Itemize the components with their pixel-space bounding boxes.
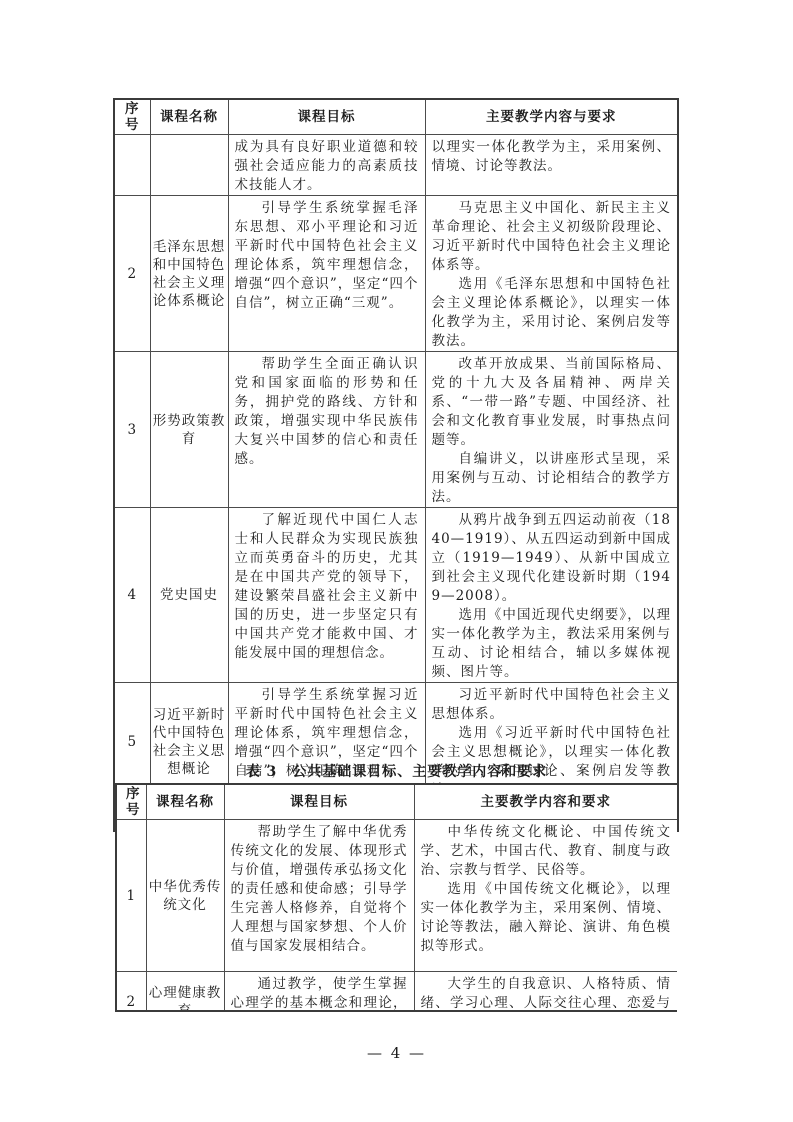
serial-number-cell: 2 <box>114 196 150 352</box>
column-header: 课程名称 <box>146 784 224 820</box>
table-row: 成为具有良好职业道德和较强社会适应能力的高素质技术技能人才。以理实一体化教学为主… <box>114 135 678 196</box>
paragraph: 改革开放成果、当前国际格局、党的十九大及各届精神、两岸关系、“一带一路”专题、中… <box>432 355 672 450</box>
course-objective-cell: 引导学生系统掌握毛泽东思想、邓小平理论和习近平新时代中国特色社会主义理论体系，筑… <box>228 196 425 352</box>
table-body: 1中华优秀传统文化帮助学生了解中华优秀传统文化的发展、体现形式与价值，增强传承弘… <box>116 820 677 1013</box>
table-row: 2毛泽东思想和中国特色社会主义理论体系概论引导学生系统掌握毛泽东思想、邓小平理论… <box>114 196 678 352</box>
paragraph: 从鸦片战争到五四运动前夜（1840—1919）、从五四运动到新中国成立（1919… <box>432 511 672 606</box>
paragraph: 引导学生系统掌握毛泽东思想、邓小平理论和习近平新时代中国特色社会主义理论体系，筑… <box>235 199 419 313</box>
table-header: 序号课程名称课程目标主要教学内容与要求 <box>114 99 678 135</box>
teaching-content-cell: 马克思主义中国化、新民主主义革命理论、社会主义初级阶段理论、习近平新时代中国特色… <box>425 196 678 352</box>
table-row: 2心理健康教育通过教学，使学生掌握心理学的基本概念和理论，明晰大学生的自我意识、… <box>116 972 677 1013</box>
table-row: 3形势政策教育帮助学生全面正确认识党和国家面临的形势和任务，拥护党的路线、方针和… <box>114 352 678 508</box>
teaching-content-cell: 从鸦片战争到五四运动前夜（1840—1919）、从五四运动到新中国成立（1919… <box>425 508 678 683</box>
public-basic-course-table: 序号课程名称课程目标主要教学内容和要求 1中华优秀传统文化帮助学生了解中华优秀传… <box>115 783 677 1012</box>
course-name-cell: 中华优秀传统文化 <box>146 820 224 972</box>
paragraph: 选用《中国传统文化概论》，以理实一体化教学为主，采用案例、情境、讨论等教法，融入… <box>421 880 672 956</box>
serial-number-cell <box>114 135 150 196</box>
header-row: 序号课程名称课程目标主要教学内容与要求 <box>114 99 678 135</box>
column-header: 主要教学内容和要求 <box>414 784 677 820</box>
course-objective-cell: 成为具有良好职业道德和较强社会适应能力的高素质技术技能人才。 <box>228 135 425 196</box>
serial-number-cell: 4 <box>114 508 150 683</box>
table-row: 4党史国史了解近现代中国仁人志士和人民群众为实现民族独立而英勇奋斗的历史，尤其是… <box>114 508 678 683</box>
table-body: 成为具有良好职业道德和较强社会适应能力的高素质技术技能人才。以理实一体化教学为主… <box>114 135 678 831</box>
column-header: 序号 <box>116 784 146 820</box>
paragraph: 马克思主义中国化、新民主主义革命理论、社会主义初级阶段理论、习近平新时代中国特色… <box>432 199 672 275</box>
course-name-cell: 毛泽东思想和中国特色社会主义理论体系概论 <box>150 196 228 352</box>
header-row: 序号课程名称课程目标主要教学内容和要求 <box>116 784 677 820</box>
course-name-cell <box>150 135 228 196</box>
course-name-cell: 心理健康教育 <box>146 972 224 1013</box>
table3-clipped-region: 序号课程名称课程目标主要教学内容和要求 1中华优秀传统文化帮助学生了解中华优秀传… <box>115 783 677 1012</box>
paragraph: 自编讲义，以讲座形式呈现，采用案例与互动、讨论相结合的教学方法。 <box>432 450 672 507</box>
course-objective-cell: 帮助学生全面正确认识党和国家面临的形势和任务，拥护党的路线、方针和政策，增强实现… <box>228 352 425 508</box>
course-table-continued: 序号课程名称课程目标主要教学内容与要求 成为具有良好职业道德和较强社会适应能力的… <box>113 98 679 832</box>
paragraph: 成为具有良好职业道德和较强社会适应能力的高素质技术技能人才。 <box>235 138 419 195</box>
course-name-cell: 形势政策教育 <box>150 352 228 508</box>
column-header: 课程目标 <box>228 99 425 135</box>
teaching-content-cell: 中华传统文化概论、中国传统文学、艺术，中国古代、教育、制度与政治、宗教与哲学、民… <box>414 820 677 972</box>
paragraph: 帮助学生了解中华优秀传统文化的发展、体现形式与价值，增强传承弘扬文化的责任感和使… <box>231 823 408 956</box>
column-header: 主要教学内容与要求 <box>425 99 678 135</box>
paragraph: 以理实一体化教学为主，采用案例、情境、讨论等教法。 <box>432 138 672 176</box>
paragraph: 习近平新时代中国特色社会主义思想体系。 <box>432 686 672 724</box>
course-objective-cell: 帮助学生了解中华优秀传统文化的发展、体现形式与价值，增强传承弘扬文化的责任感和使… <box>224 820 414 972</box>
teaching-content-cell: 大学生的自我意识、人格特质、情绪、学习心理、人际交往心理、恋爱与性心理 <box>414 972 677 1013</box>
table3-caption: 表 3 公共基础课目标、主要教学内容和要求 <box>0 761 793 781</box>
teaching-content-cell: 以理实一体化教学为主，采用案例、情境、讨论等教法。 <box>425 135 678 196</box>
paragraph: 中华传统文化概论、中国传统文学、艺术，中国古代、教育、制度与政治、宗教与哲学、民… <box>421 823 672 880</box>
column-header: 课程名称 <box>150 99 228 135</box>
course-objective-cell: 了解近现代中国仁人志士和人民群众为实现民族独立而英勇奋斗的历史，尤其是在中国共产… <box>228 508 425 683</box>
course-objective-cell: 通过教学，使学生掌握心理学的基本概念和理论，明晰 <box>224 972 414 1013</box>
column-header: 课程目标 <box>224 784 414 820</box>
paragraph: 通过教学，使学生掌握心理学的基本概念和理论，明晰 <box>231 975 408 1012</box>
serial-number-cell: 1 <box>116 820 146 972</box>
serial-number-cell: 3 <box>114 352 150 508</box>
course-name-cell: 党史国史 <box>150 508 228 683</box>
teaching-content-cell: 改革开放成果、当前国际格局、党的十九大及各届精神、两岸关系、“一带一路”专题、中… <box>425 352 678 508</box>
page-number: — 4 — <box>0 1044 793 1062</box>
document-page: 序号课程名称课程目标主要教学内容与要求 成为具有良好职业道德和较强社会适应能力的… <box>0 0 793 1122</box>
paragraph: 了解近现代中国仁人志士和人民群众为实现民族独立而英勇奋斗的历史，尤其是在中国共产… <box>235 511 419 663</box>
paragraph: 选用《中国近现代史纲要》，以理实一体化教学为主，教法采用案例与互动、讨论相结合，… <box>432 606 672 682</box>
paragraph: 帮助学生全面正确认识党和国家面临的形势和任务，拥护党的路线、方针和政策，增强实现… <box>235 355 419 469</box>
paragraph: 选用《毛泽东思想和中国特色社会主义理论体系概论》，以理实一体化教学为主，采用讨论… <box>432 275 672 351</box>
table-row: 1中华优秀传统文化帮助学生了解中华优秀传统文化的发展、体现形式与价值，增强传承弘… <box>116 820 677 972</box>
table-header: 序号课程名称课程目标主要教学内容和要求 <box>116 784 677 820</box>
column-header: 序号 <box>114 99 150 135</box>
serial-number-cell: 2 <box>116 972 146 1013</box>
paragraph: 大学生的自我意识、人格特质、情绪、学习心理、人际交往心理、恋爱与性心理 <box>421 975 672 1012</box>
